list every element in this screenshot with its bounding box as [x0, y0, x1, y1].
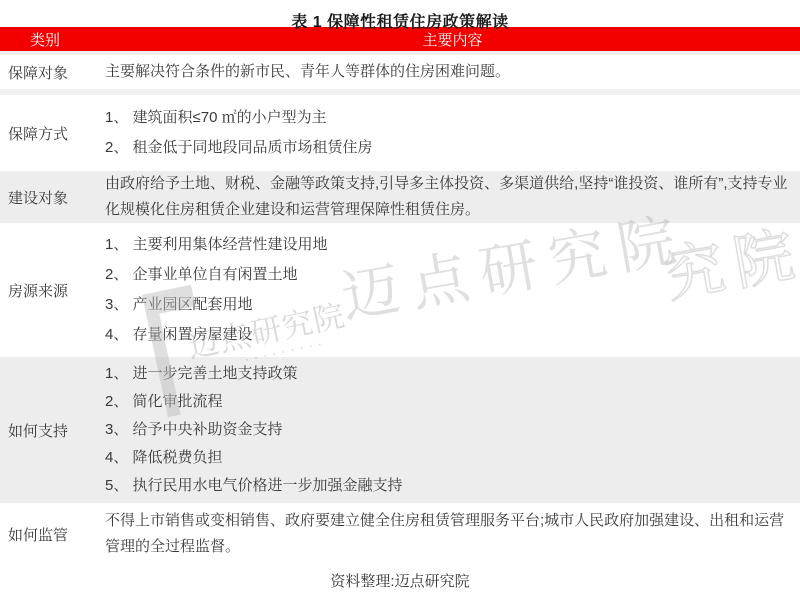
- content-line: 主要解决符合条件的新市民、青年人等群体的住房困难问题。: [105, 59, 790, 85]
- content-line: 1、 建筑面积≤70 ㎡的小户型为主: [105, 103, 790, 133]
- table-row-protection-method: 保障方式 1、 建筑面积≤70 ㎡的小户型为主 2、 租金低于同地段同品质市场租…: [0, 95, 800, 171]
- content-line: 3、 给予中央补助资金支持: [105, 416, 790, 444]
- content-line: 5、 执行民用水电气价格进一步加强金融支持: [105, 472, 790, 500]
- row-label: 如何监管: [0, 503, 105, 565]
- row-label: 保障方式: [0, 95, 105, 171]
- content-line: 1、 主要利用集体经营性建设用地: [105, 230, 790, 260]
- table-title: 表 1 保障性租赁住房政策解读: [0, 0, 800, 27]
- row-label: 房源来源: [0, 223, 105, 357]
- table-header-row: 类别 主要内容: [0, 27, 800, 51]
- content-line: 4、 存量闲置房屋建设: [105, 320, 790, 350]
- table-row-construction-target: 建设对象 由政府给予土地、财税、金融等政策支持,引导多主体投资、多渠道供给,坚持…: [0, 171, 800, 223]
- row-content: 由政府给予土地、财税、金融等政策支持,引导多主体投资、多渠道供给,坚持“谁投资、…: [105, 171, 800, 223]
- content-line: 由政府给予土地、财税、金融等政策支持,引导多主体投资、多渠道供给,坚持“谁投资、…: [105, 171, 790, 223]
- content-line: 2、 租金低于同地段同品质市场租赁住房: [105, 133, 790, 163]
- content-line: 不得上市销售或变相销售、政府要建立健全住房租赁管理服务平台;城市人民政府加强建设…: [105, 508, 790, 560]
- row-content: 1、 主要利用集体经营性建设用地 2、 企事业单位自有闲置土地 3、 产业园区配…: [105, 223, 800, 357]
- header-cell-category: 类别: [0, 29, 105, 50]
- row-content: 主要解决符合条件的新市民、青年人等群体的住房困难问题。: [105, 55, 800, 89]
- row-label: 如何支持: [0, 357, 105, 503]
- row-label: 建设对象: [0, 171, 105, 223]
- source-note: 资料整理:迈点研究院: [0, 570, 800, 591]
- content-line: 1、 进一步完善土地支持政策: [105, 360, 790, 388]
- policy-table: 类别 主要内容 保障对象 主要解决符合条件的新市民、青年人等群体的住房困难问题。…: [0, 27, 800, 565]
- content-line: 2、 企事业单位自有闲置土地: [105, 260, 790, 290]
- header-cell-content: 主要内容: [105, 29, 800, 50]
- content-line: 4、 降低税费负担: [105, 444, 790, 472]
- content-line: 3、 产业园区配套用地: [105, 290, 790, 320]
- row-label: 保障对象: [0, 55, 105, 89]
- table-row-housing-sources: 房源来源 1、 主要利用集体经营性建设用地 2、 企事业单位自有闲置土地 3、 …: [0, 223, 800, 357]
- table-row-supervision: 如何监管 不得上市销售或变相销售、政府要建立健全住房租赁管理服务平台;城市人民政…: [0, 503, 800, 565]
- row-content: 1、 进一步完善土地支持政策 2、 简化审批流程 3、 给予中央补助资金支持 4…: [105, 357, 800, 503]
- row-content: 1、 建筑面积≤70 ㎡的小户型为主 2、 租金低于同地段同品质市场租赁住房: [105, 95, 800, 171]
- row-content: 不得上市销售或变相销售、政府要建立健全住房租赁管理服务平台;城市人民政府加强建设…: [105, 503, 800, 565]
- policy-table-page: 表 1 保障性租赁住房政策解读 类别 主要内容 保障对象 主要解决符合条件的新市…: [0, 0, 800, 604]
- table-row-support-measures: 如何支持 1、 进一步完善土地支持政策 2、 简化审批流程 3、 给予中央补助资…: [0, 357, 800, 503]
- table-row-protection-target: 保障对象 主要解决符合条件的新市民、青年人等群体的住房困难问题。: [0, 55, 800, 89]
- content-line: 2、 简化审批流程: [105, 388, 790, 416]
